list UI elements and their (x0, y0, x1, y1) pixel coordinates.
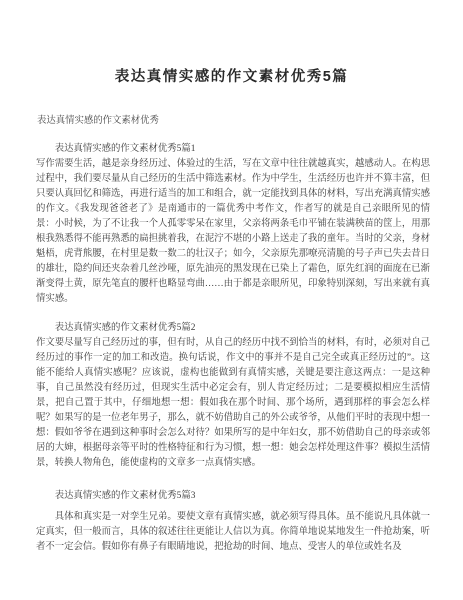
document-page: 表达真情实感的作文素材优秀5篇 表达真情实感的作文素材优秀 表达真情实感的作文素… (0, 0, 463, 600)
section-body: 写作需要生活，越是亲身经历过、体验过的生活，写在文章中往往就越真实，越感动人。在… (36, 157, 430, 307)
section: 表达真情实感的作文素材优秀5篇3 具体和真实是一对孪生兄弟。要使文章有真情实感，… (36, 489, 430, 555)
section-heading: 表达真情实感的作文素材优秀5篇2 (36, 321, 430, 336)
page-title: 表达真情实感的作文素材优秀5篇 (0, 0, 463, 86)
section-body: 作文要尽量写自己经历过的事，但有时，从自己的经历中找不到恰当的材料，有时，必须对… (36, 336, 430, 471)
section: 表达真情实感的作文素材优秀5篇1 写作需要生活，越是亲身经历过、体验过的生活，写… (36, 142, 430, 307)
section-heading: 表达真情实感的作文素材优秀5篇3 (36, 489, 430, 504)
section-body: 具体和真实是一对孪生兄弟。要使文章有真情实感，就必须写得具体。虽不能说凡具体就一… (36, 510, 430, 555)
document-body: 表达真情实感的作文素材优秀5篇1 写作需要生活，越是亲身经历过、体验过的生活，写… (36, 142, 430, 555)
section-heading: 表达真情实感的作文素材优秀5篇1 (36, 142, 430, 157)
section: 表达真情实感的作文素材优秀5篇2 作文要尽量写自己经历过的事，但有时，从自己的经… (36, 321, 430, 471)
doc-subtitle: 表达真情实感的作文素材优秀 (37, 115, 430, 128)
